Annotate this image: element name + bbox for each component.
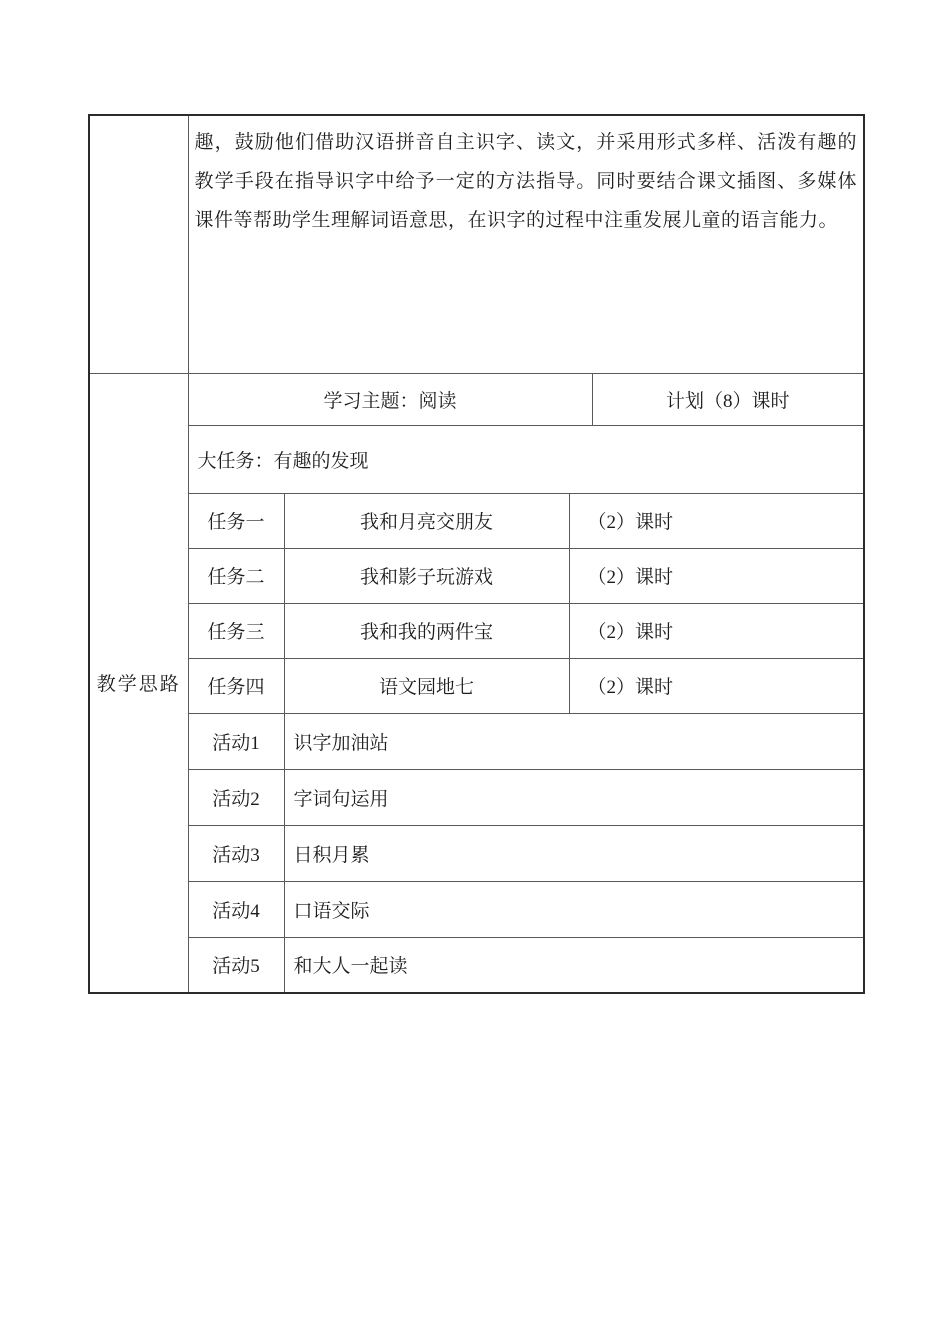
- table-row: 任务一 我和月亮交朋友 （2）课时: [89, 493, 864, 548]
- planned-hours: 计划（8）课时: [592, 373, 864, 425]
- task-label: 任务一: [188, 493, 284, 548]
- table-row: 任务四 语文园地七 （2）课时: [89, 658, 864, 713]
- activity-label: 活动2: [188, 769, 284, 825]
- table-row: 活动3 日积月累: [89, 825, 864, 881]
- table-row: 任务二 我和影子玩游戏 （2）课时: [89, 548, 864, 603]
- side-label: 教学思路: [89, 373, 188, 993]
- task-hours: （2）课时: [569, 658, 864, 713]
- activity-content: 和大人一起读: [284, 937, 864, 993]
- activity-label: 活动5: [188, 937, 284, 993]
- table-row: 大任务：有趣的发现: [89, 425, 864, 493]
- table-row: 活动5 和大人一起读: [89, 937, 864, 993]
- task-hours: （2）课时: [569, 493, 864, 548]
- task-label: 任务四: [188, 658, 284, 713]
- continuation-paragraph: 趣，鼓励他们借助汉语拼音自主识字、读文，并采用形式多样、活泼有趣的教学手段在指导…: [188, 115, 864, 373]
- activity-content: 识字加油站: [284, 713, 864, 769]
- activity-label: 活动3: [188, 825, 284, 881]
- task-label: 任务二: [188, 548, 284, 603]
- task-label: 任务三: [188, 603, 284, 658]
- document-page: 趣，鼓励他们借助汉语拼音自主识字、读文，并采用形式多样、活泼有趣的教学手段在指导…: [0, 0, 950, 1344]
- activity-content: 口语交际: [284, 881, 864, 937]
- task-hours: （2）课时: [569, 603, 864, 658]
- table-row: 任务三 我和我的两件宝 （2）课时: [89, 603, 864, 658]
- task-content: 我和我的两件宝: [284, 603, 569, 658]
- table-row: 趣，鼓励他们借助汉语拼音自主识字、读文，并采用形式多样、活泼有趣的教学手段在指导…: [89, 115, 864, 373]
- empty-side-cell: [89, 115, 188, 373]
- task-content: 我和月亮交朋友: [284, 493, 569, 548]
- teaching-plan-table: 趣，鼓励他们借助汉语拼音自主识字、读文，并采用形式多样、活泼有趣的教学手段在指导…: [88, 114, 865, 994]
- table-row: 活动1 识字加油站: [89, 713, 864, 769]
- big-task: 大任务：有趣的发现: [188, 425, 864, 493]
- task-content: 语文园地七: [284, 658, 569, 713]
- activity-content: 日积月累: [284, 825, 864, 881]
- activity-content: 字词句运用: [284, 769, 864, 825]
- table-row: 活动4 口语交际: [89, 881, 864, 937]
- task-hours: （2）课时: [569, 548, 864, 603]
- table-row: 活动2 字词句运用: [89, 769, 864, 825]
- learning-theme: 学习主题：阅读: [188, 373, 592, 425]
- task-content: 我和影子玩游戏: [284, 548, 569, 603]
- table-row: 教学思路 学习主题：阅读 计划（8）课时: [89, 373, 864, 425]
- activity-label: 活动1: [188, 713, 284, 769]
- activity-label: 活动4: [188, 881, 284, 937]
